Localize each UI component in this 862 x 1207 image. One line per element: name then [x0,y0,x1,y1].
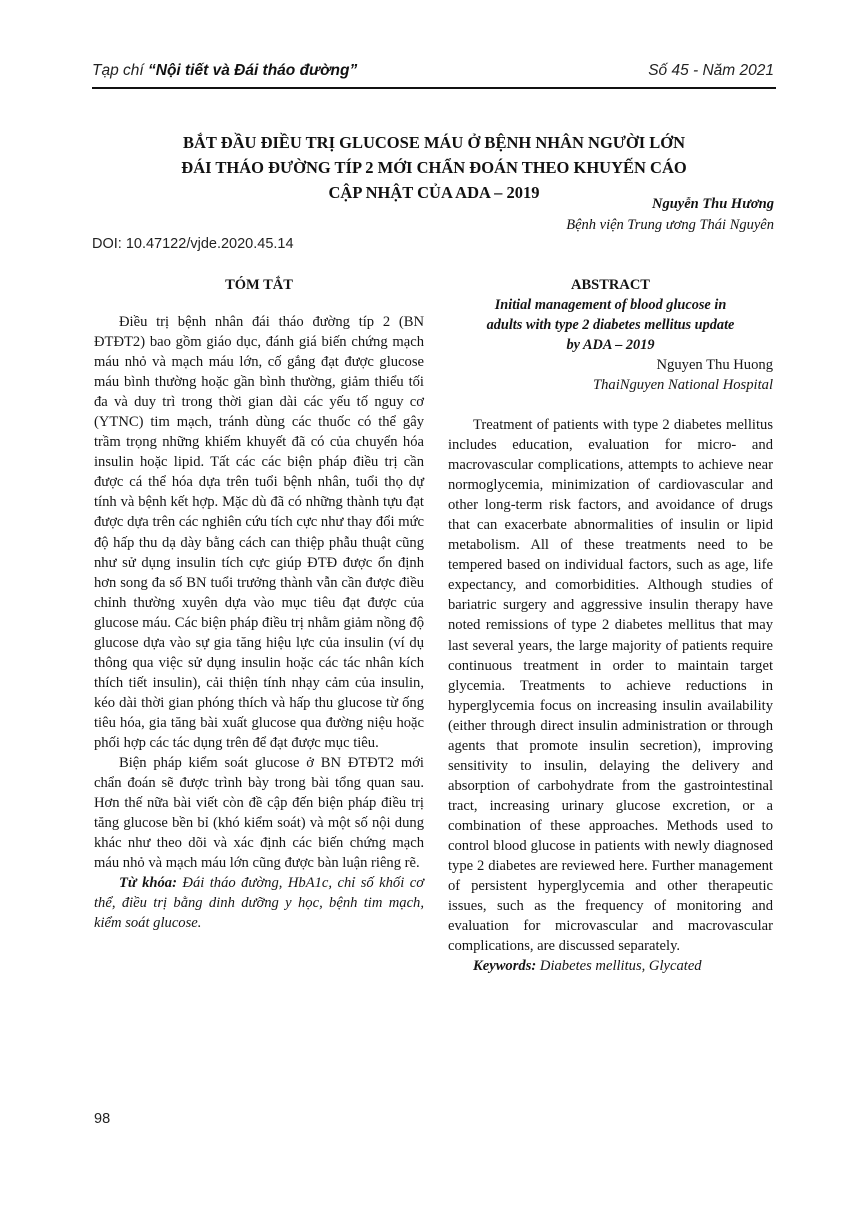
abstract-author: Nguyen Thu Huong [448,355,773,375]
abstract-keywords: Keywords: Diabetes mellitus, Glycated [448,956,773,976]
title-line: ĐÁI THÁO ĐƯỜNG TÍP 2 MỚI CHẨN ĐOÁN THEO … [92,155,776,180]
abstract-paragraph: Treatment of patients with type 2 diabet… [448,415,773,956]
page-number: 98 [94,1111,110,1127]
abstract-affiliation: ThaiNguyen National Hospital [448,375,773,395]
journal-page: Tạp chí “Nội tiết và Đái tháo đường” Số … [0,0,862,1207]
summary-column: TÓM TẮT Điều trị bệnh nhân đái tháo đườn… [94,275,424,933]
article-title: BẮT ĐẦU ĐIỀU TRỊ GLUCOSE MÁU Ở BỆNH NHÂN… [92,130,776,205]
author-name: Nguyễn Thu Hương [652,196,774,213]
abstract-column: ABSTRACT Initial management of blood glu… [448,275,773,976]
journal-prefix: Tạp chí [92,62,148,79]
keywords-text: Diabetes mellitus, Glycated [536,958,701,974]
issue-info: Số 45 - Năm 2021 [648,62,774,80]
summary-heading: TÓM TẮT [94,275,424,293]
summary-paragraph: Biện pháp kiểm soát glucose ở BN ĐTĐT2 m… [94,753,424,873]
abstract-title-line: adults with type 2 diabetes mellitus upd… [448,315,773,335]
abstract-title-line: Initial management of blood glucose in [448,295,773,315]
journal-name: “Nội tiết và Đái tháo đường” [148,62,357,79]
header-rule [92,87,776,89]
title-line: BẮT ĐẦU ĐIỀU TRỊ GLUCOSE MÁU Ở BỆNH NHÂN… [92,130,776,155]
abstract-title: Initial management of blood glucose in a… [448,295,773,355]
abstract-heading: ABSTRACT [448,275,773,295]
doi-link[interactable]: DOI: 10.47122/vjde.2020.45.14 [92,236,294,252]
author-affiliation: Bệnh viện Trung ương Thái Nguyên [566,217,774,234]
keywords-label: Keywords: [473,958,536,974]
journal-title: Tạp chí “Nội tiết và Đái tháo đường” [92,62,357,80]
running-header: Tạp chí “Nội tiết và Đái tháo đường” Số … [92,62,774,84]
abstract-title-line: by ADA – 2019 [448,335,773,355]
keywords-label: Từ khóa: [119,875,177,891]
summary-paragraph: Điều trị bệnh nhân đái tháo đường típ 2 … [94,312,424,753]
summary-keywords: Từ khóa: Đái tháo đường, HbA1c, chỉ số k… [94,873,424,933]
